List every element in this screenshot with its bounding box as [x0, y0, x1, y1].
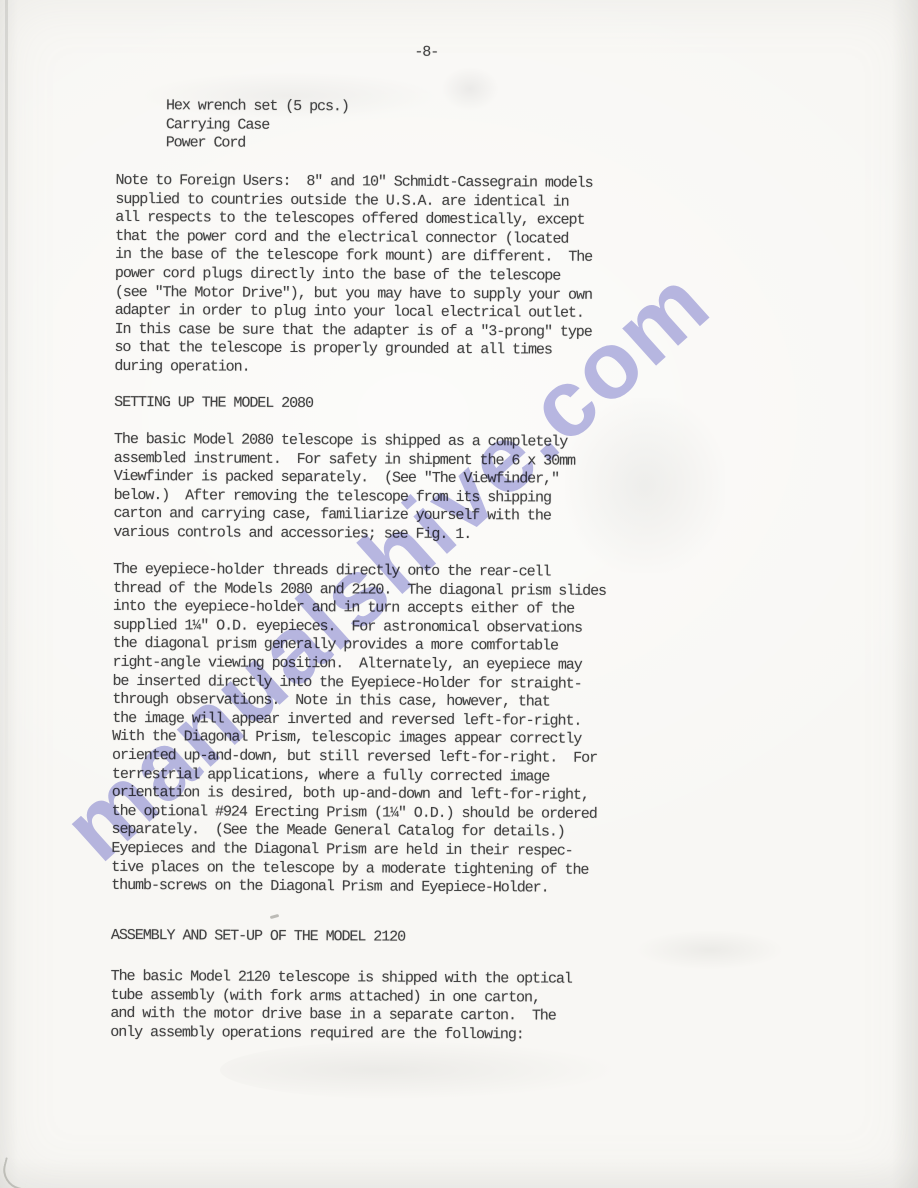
paragraph-foreign-users-note: Note to Foreign Users: 8" and 10" Schmid…	[114, 172, 592, 379]
paragraph-eyepiece-holder: The eyepiece-holder threads directly ont…	[111, 561, 606, 899]
paragraph-model-2080-shipping: The basic Model 2080 telescope is shippe…	[113, 431, 575, 545]
heading-assembly-model-2120: ASSEMBLY AND SET-UP OF THE MODEL 2120	[111, 927, 405, 947]
page-number: -8-	[3, 41, 849, 65]
equipment-list: Hex wrench set (5 pcs.) Carrying Case Po…	[166, 97, 349, 154]
heading-setting-up-model-2080: SETTING UP THE MODEL 2080	[114, 394, 313, 414]
page-text-layer: -8- Hex wrench set (5 pcs.) Carrying Cas…	[0, 0, 918, 1188]
paragraph-model-2120-assembly: The basic Model 2120 telescope is shippe…	[110, 968, 572, 1045]
scanned-manual-page: -8- Hex wrench set (5 pcs.) Carrying Cas…	[0, 0, 918, 1188]
